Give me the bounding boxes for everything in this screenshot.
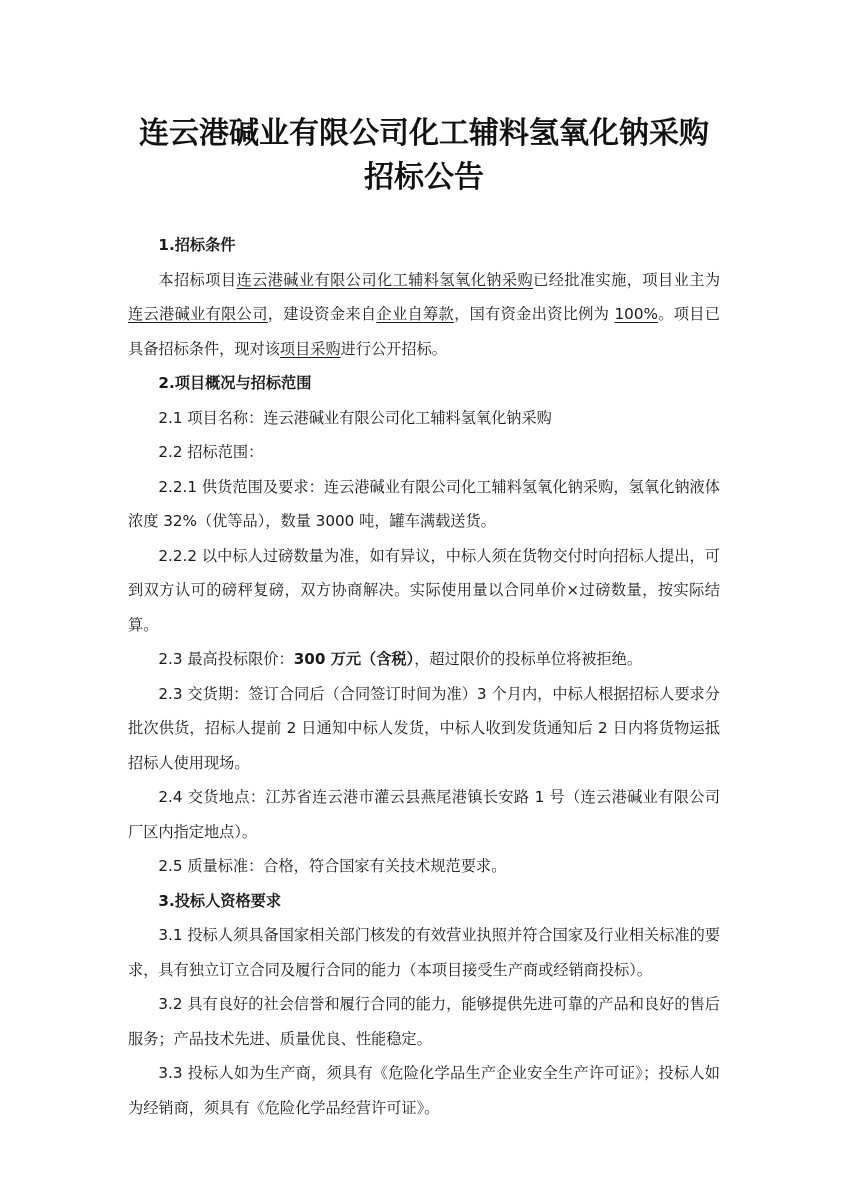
text: 已经批准实施，项目业主为 xyxy=(533,271,720,289)
underlined-owner: 连云港碱业有限公司 xyxy=(128,305,268,323)
text: 2.3 最高投标限价： xyxy=(158,650,293,668)
paragraph-2-1: 2.1 项目名称：连云港碱业有限公司化工辅料氢氧化钠采购 xyxy=(128,401,720,436)
section-heading-1: 1.招标条件 xyxy=(128,228,720,263)
paragraph-2-4: 2.4 交货地点：江苏省连云港市灌云县燕尾港镇长安路 1 号（连云港碱业有限公司… xyxy=(128,780,720,849)
underlined-fund-source: 企业自筹款 xyxy=(376,305,454,323)
paragraph-2-5: 2.5 质量标准：合格，符合国家有关技术规范要求。 xyxy=(128,849,720,884)
document-subtitle: 招标公告 xyxy=(0,152,848,196)
paragraph-2-3-delivery: 2.3 交货期：签订合同后（合同签订时间为准）3 个月内，中标人根据招标人要求分… xyxy=(128,677,720,781)
paragraph-2-2: 2.2 招标范围： xyxy=(128,435,720,470)
section-heading-3: 3.投标人资格要求 xyxy=(128,884,720,919)
text: ，建设资金来自 xyxy=(268,305,377,323)
section-heading-2: 2.项目概况与招标范围 xyxy=(128,366,720,401)
document-title: 连云港碱业有限公司化工辅料氢氧化钠采购 xyxy=(0,108,848,152)
paragraph-2-2-2: 2.2.2 以中标人过磅数量为准，如有异议，中标人须在货物交付时向招标人提出，可… xyxy=(128,539,720,643)
text: 本招标项目 xyxy=(158,271,236,289)
document-body: 1.招标条件 本招标项目连云港碱业有限公司化工辅料氢氧化钠采购已经批准实施，项目… xyxy=(128,228,720,1125)
paragraph-3-3: 3.3 投标人如为生产商，须具有《危险化学品生产企业安全生产许可证》；投标人如为… xyxy=(128,1056,720,1125)
paragraph-3-2: 3.2 具有良好的社会信誉和履行合同的能力，能够提供先进可靠的产品和良好的售后服… xyxy=(128,987,720,1056)
paragraph-bidding-conditions: 本招标项目连云港碱业有限公司化工辅料氢氧化钠采购已经批准实施，项目业主为连云港碱… xyxy=(128,263,720,367)
paragraph-3-1: 3.1 投标人须具备国家相关部门核发的有效营业执照并符合国家及行业相关标准的要求… xyxy=(128,918,720,987)
text: ，国有资金出资比例为 xyxy=(454,305,614,323)
paragraph-2-2-1: 2.2.1 供货范围及要求：连云港碱业有限公司化工辅料氢氧化钠采购，氢氧化钠液体… xyxy=(128,470,720,539)
underlined-procurement: 项目采购 xyxy=(280,340,341,358)
text: ，超过限价的投标单位将被拒绝。 xyxy=(414,650,642,668)
max-price: 300 万元（含税） xyxy=(294,650,415,668)
paragraph-2-3-price: 2.3 最高投标限价：300 万元（含税），超过限价的投标单位将被拒绝。 xyxy=(128,642,720,677)
underlined-fund-ratio: 100% xyxy=(615,305,658,323)
text: 进行公开招标。 xyxy=(341,340,447,358)
underlined-project-name: 连云港碱业有限公司化工辅料氢氧化钠采购 xyxy=(236,271,533,289)
